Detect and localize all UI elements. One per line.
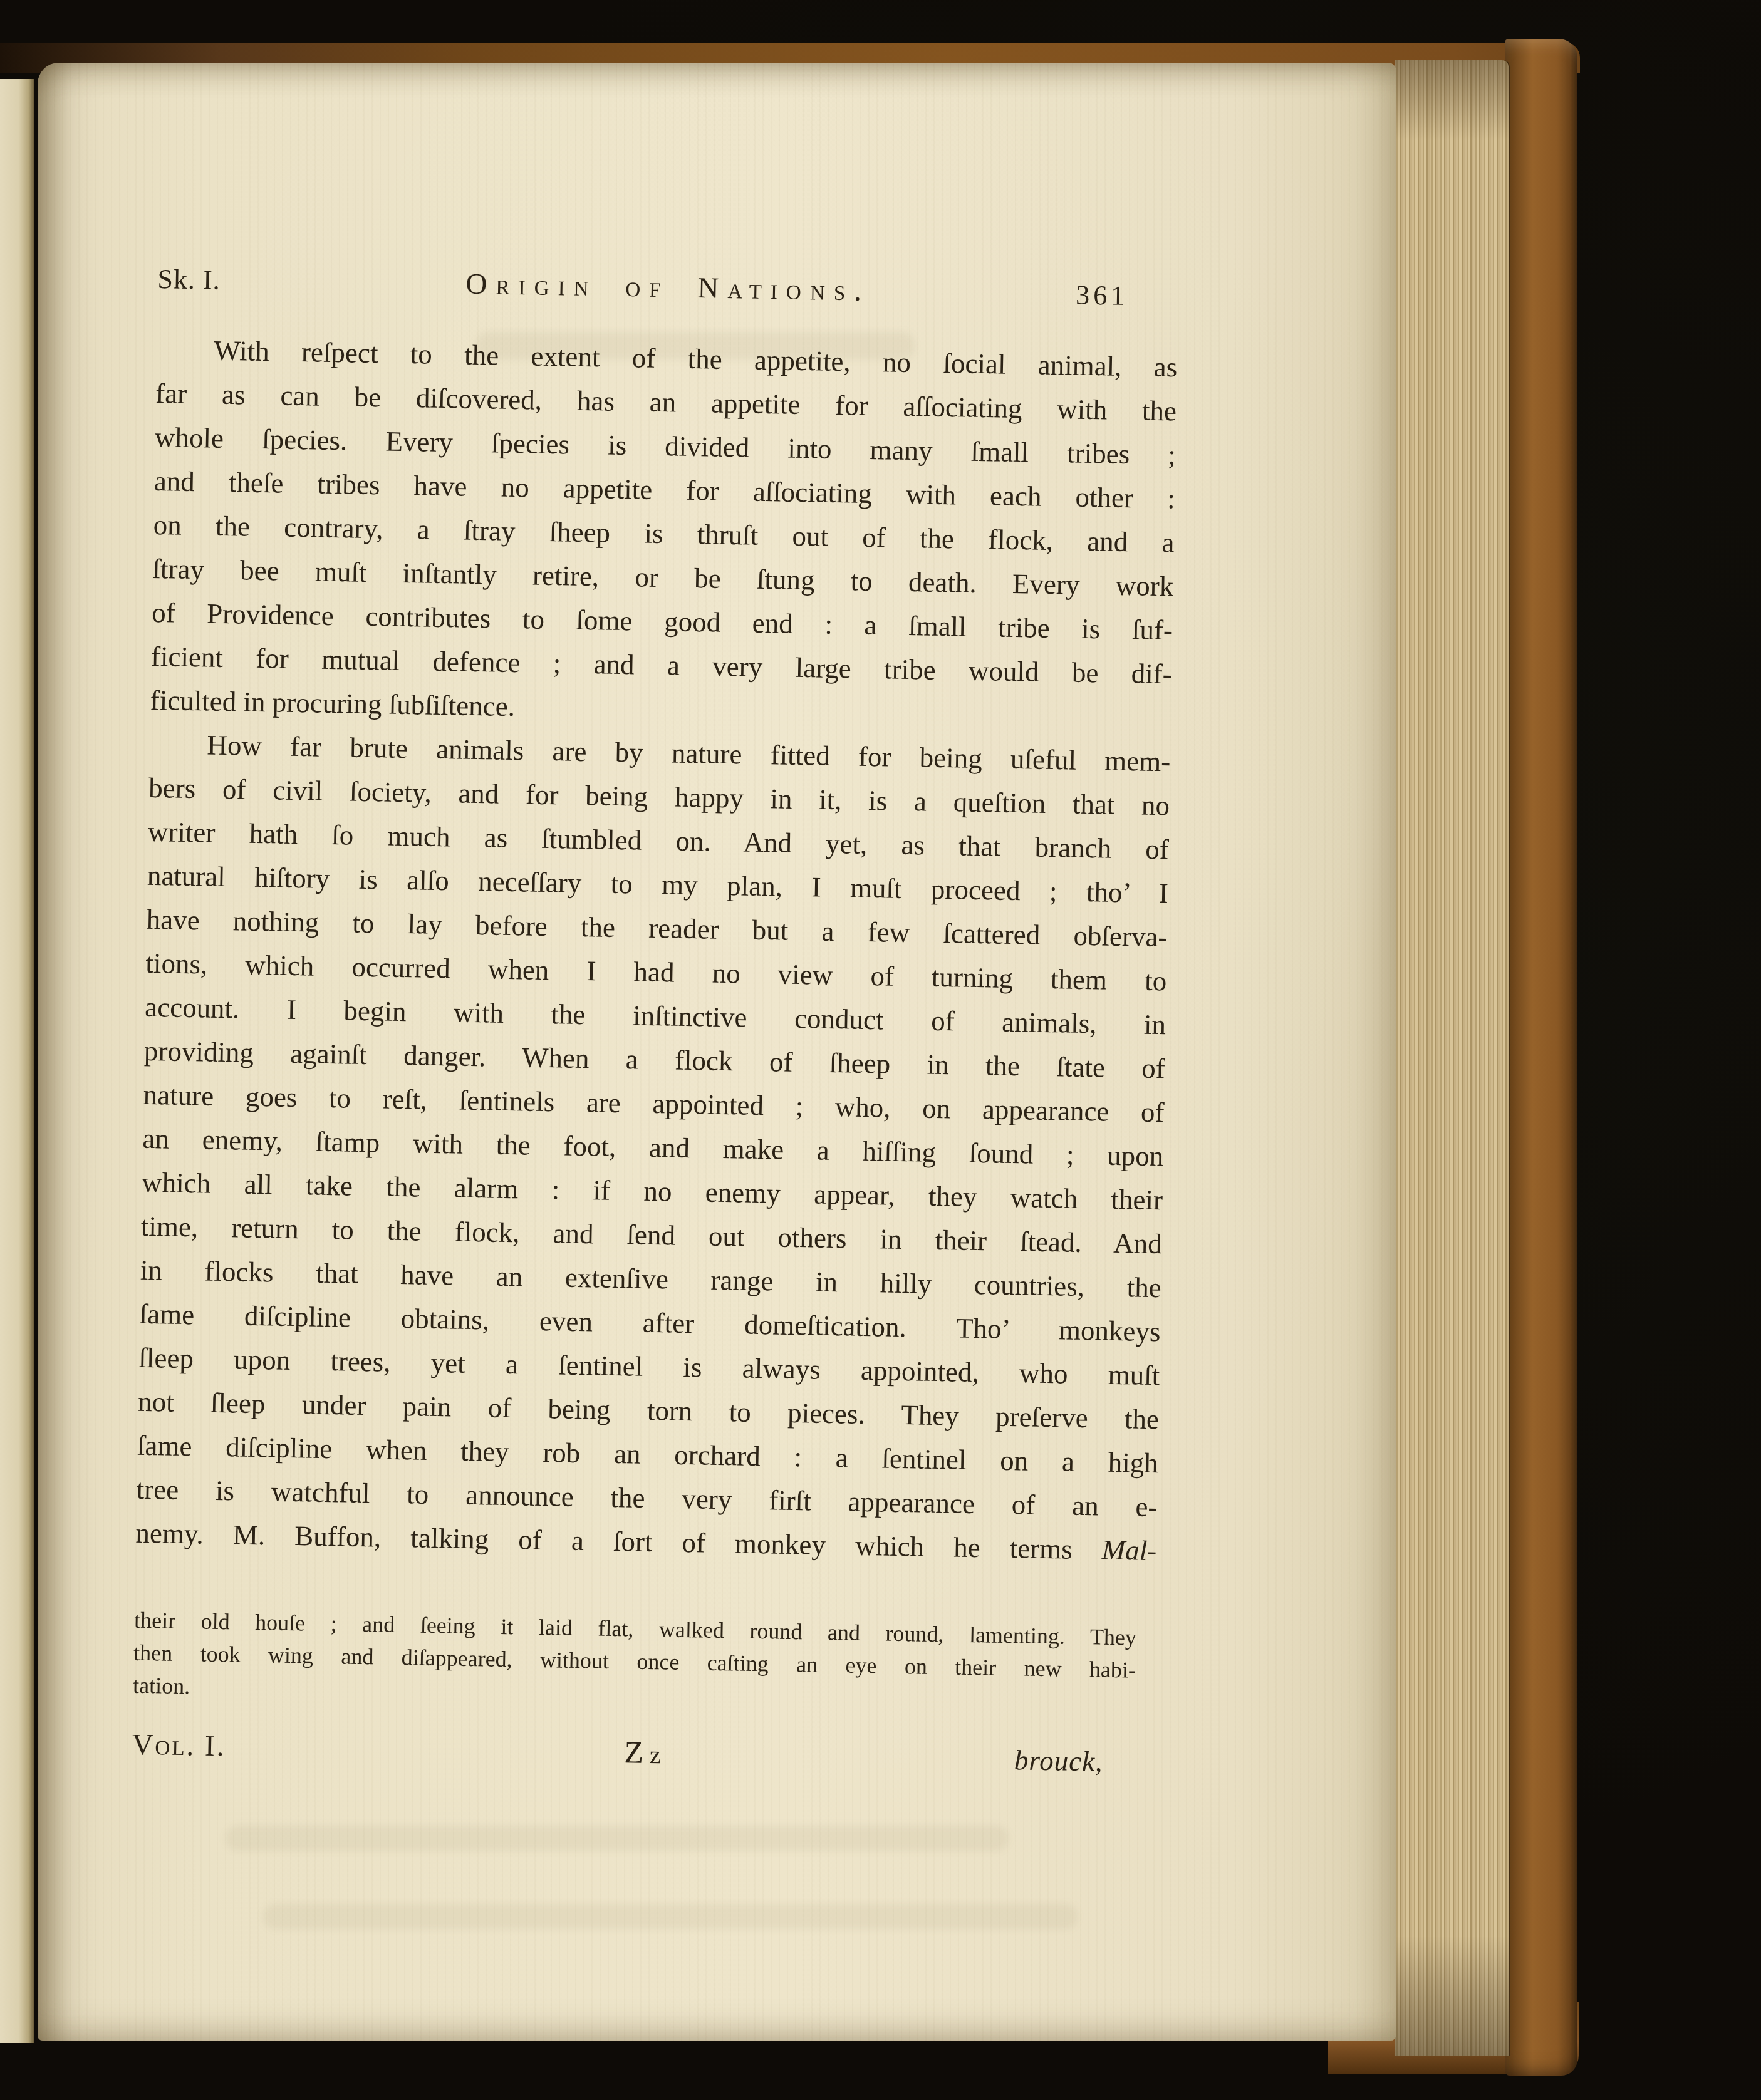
leather-cover-right-board [1505, 39, 1577, 2076]
show-through-smudge [226, 1826, 1009, 1851]
page-title: Origin of Nations. [465, 267, 871, 308]
page-content: Sk. I. Origin of Nations. 361 With reſpe… [132, 262, 1179, 1779]
paragraph-brute-animals: How far brute animals are by nature fitt… [135, 722, 1171, 1573]
show-through-smudge [263, 1904, 1078, 1929]
text-run: ficulted in procuring ſubſiſtence. [150, 685, 515, 722]
volume-label: Vol. I. [132, 1728, 226, 1764]
running-head: Sk. I. Origin of Nations. 361 [157, 262, 1179, 314]
book-page: Sk. I. Origin of Nations. 361 With reſpe… [38, 63, 1396, 2041]
footnote-continuation: their old houſe ; and ſeeing it laid fla… [133, 1604, 1136, 1719]
text-run: tation. [133, 1673, 190, 1699]
page-number: 361 [1076, 279, 1179, 314]
paragraph-appetite-extent: With reſpect to the extent of the appeti… [150, 328, 1178, 740]
book-photograph: Sk. I. Origin of Nations. 361 With reſpe… [0, 0, 1761, 2100]
catchword: brouck, [1014, 1744, 1153, 1779]
signature-letter-small: z [650, 1741, 662, 1769]
page-footer: Vol. I. Zz brouck, [132, 1725, 1153, 1779]
italic-text-run: Mal- [1101, 1534, 1156, 1567]
gathering-signature: Zz [624, 1734, 661, 1771]
fore-edge-page-block [1395, 60, 1509, 2056]
signature-letter-big: Z [624, 1734, 644, 1770]
sketch-label: Sk. I. [157, 262, 221, 297]
facing-page-sliver [0, 79, 34, 2043]
